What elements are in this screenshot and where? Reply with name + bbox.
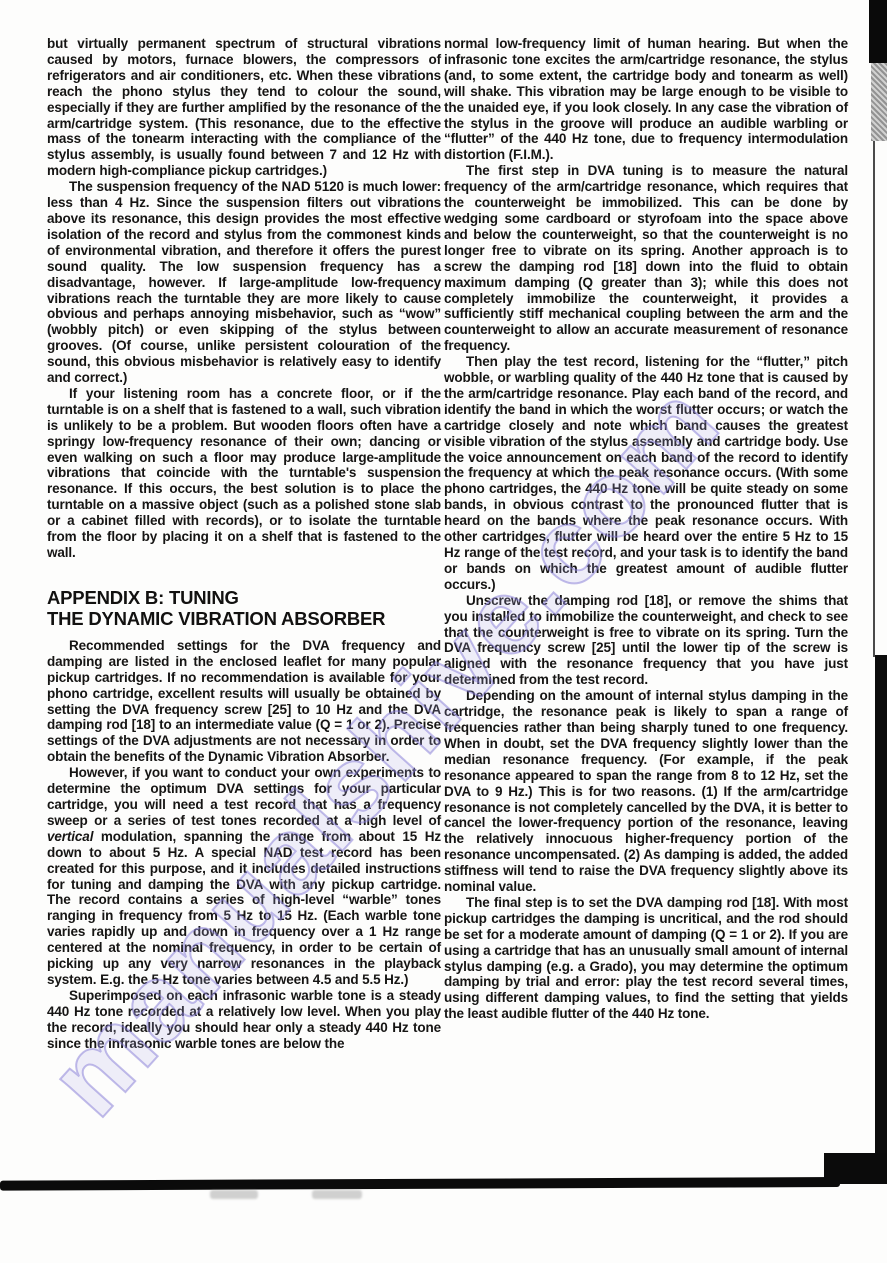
scanned-manual-page: but virtually permanent spectrum of stru… xyxy=(0,0,887,1263)
paragraph: However, if you want to conduct your own… xyxy=(47,765,441,988)
paragraph: The suspension frequency of the NAD 5120… xyxy=(47,179,441,386)
scan-artifact-bottom-right-hook xyxy=(824,1153,887,1184)
scan-artifact-smudge xyxy=(312,1190,362,1199)
scan-artifact-top-right-block xyxy=(869,0,887,63)
paragraph: Then play the test record, listening for… xyxy=(444,354,848,593)
paragraph: Depending on the amount of internal styl… xyxy=(444,688,848,895)
paragraph: normal low-frequency limit of human hear… xyxy=(444,36,848,163)
paragraph: Unscrew the damping rod [18], or remove … xyxy=(444,593,848,688)
paragraph: Superimposed on each infrasonic warble t… xyxy=(47,988,441,1052)
right-column: normal low-frequency limit of human hear… xyxy=(444,36,848,1022)
scan-artifact-grain-patch xyxy=(871,63,887,141)
section-heading: APPENDIX B: TUNINGTHE DYNAMIC VIBRATION … xyxy=(47,587,441,629)
paragraph: The first step in DVA tuning is to measu… xyxy=(444,163,848,354)
scan-artifact-right-edge-line xyxy=(873,141,875,657)
paragraph: The final step is to set the DVA damping… xyxy=(444,895,848,1022)
scan-artifact-smudge xyxy=(210,1190,258,1199)
left-column: but virtually permanent spectrum of stru… xyxy=(47,36,441,1051)
scan-artifact-right-edge-bar xyxy=(875,655,887,1179)
paragraph: but virtually permanent spectrum of stru… xyxy=(47,36,441,179)
paragraph: Recommended settings for the DVA frequen… xyxy=(47,638,441,765)
paragraph: If your listening room has a concrete fl… xyxy=(47,386,441,561)
scan-artifact-bottom-bar xyxy=(0,1177,840,1191)
